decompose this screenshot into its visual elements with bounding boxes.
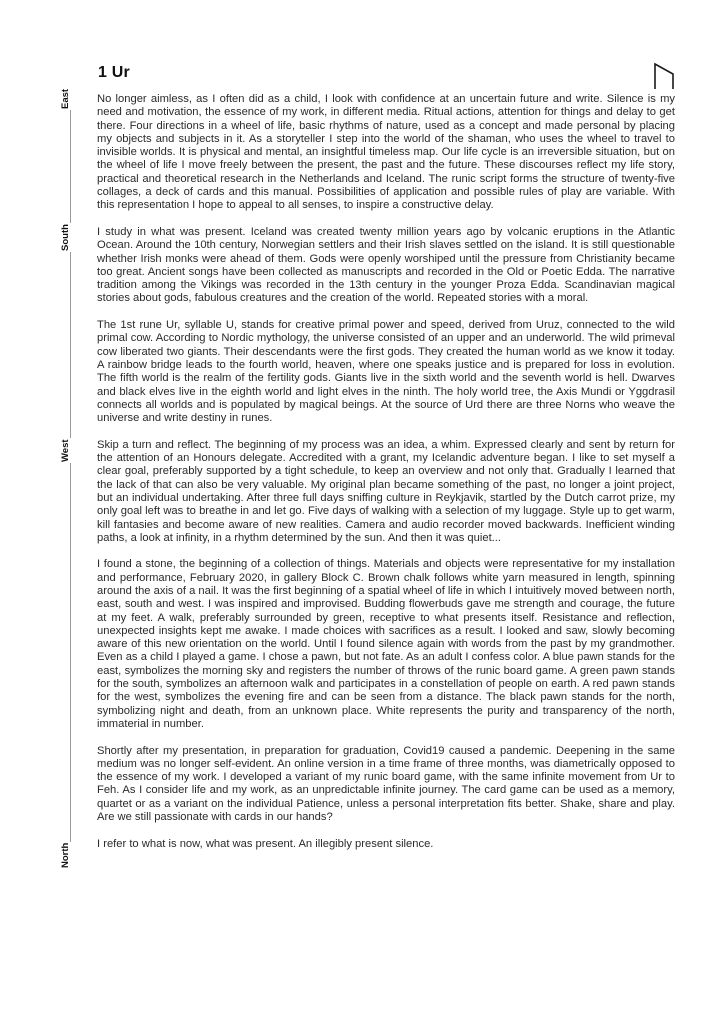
paragraph-rune-ur: The 1st rune Ur, syllable U, stands for …	[97, 319, 675, 425]
direction-label-west: West	[61, 438, 71, 463]
paragraph-pandemic: Shortly after my presentation, in prepar…	[97, 745, 675, 825]
document-page: 1 Ur East South West North No longer aim…	[0, 0, 722, 1024]
paragraph-process: Skip a turn and reflect. The beginning o…	[97, 439, 675, 545]
paragraph-closing: I refer to what is now, what was present…	[97, 838, 675, 851]
paragraph-intro: No longer aimless, as I often did as a c…	[97, 93, 675, 213]
direction-label-east: East	[61, 88, 71, 110]
direction-label-south: South	[61, 223, 71, 252]
compass-axis-line	[70, 90, 71, 868]
direction-label-north: North	[61, 842, 71, 869]
rune-ur-icon	[652, 62, 676, 90]
body-text: No longer aimless, as I often did as a c…	[97, 93, 675, 864]
paragraph-installation: I found a stone, the beginning of a coll…	[97, 558, 675, 731]
page-title: 1 Ur	[98, 64, 130, 82]
paragraph-iceland-history: I study in what was present. Iceland was…	[97, 226, 675, 306]
